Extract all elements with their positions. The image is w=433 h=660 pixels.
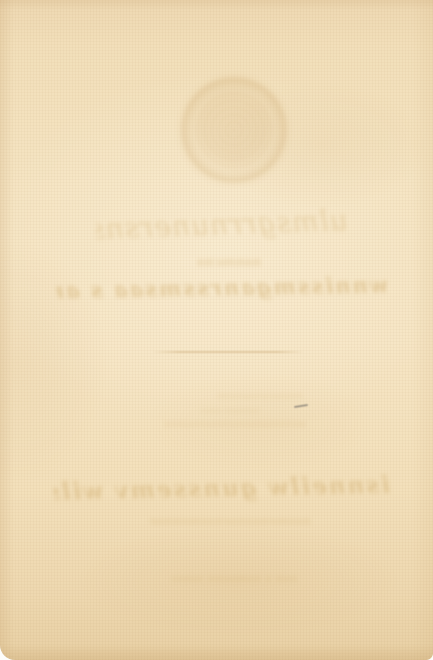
bleedthrough-small-line-1: nmsnnrsrnnemsnn	[185, 393, 335, 405]
bleedthrough-large-line-lower: isnneilw gunssemv wilsnos	[54, 473, 391, 512]
bleedthrough-bottom-line: nsn s nsmssnn ssnsv	[120, 573, 348, 588]
bleedthrough-subtitle-lower: nssmenssnsenssmsnnse	[115, 515, 345, 531]
bleedthrough-title-line-3: wnnissmganrssmsaa s annls	[56, 274, 388, 308]
bleedthrough-title-line-2: nsnmcns	[183, 256, 275, 275]
bleedthrough-seal-emblem	[177, 73, 291, 187]
bleedthrough-small-line-2: nsmssnn ssnsv	[127, 407, 332, 418]
bleedthrough-small-line-3: wsnnmssnsnnsmmsnnsonns	[128, 420, 343, 434]
scan-canvas: ulmsgrrnunersnsnvnw nsnmcns wnnissmganrs…	[0, 0, 433, 660]
paper-page: ulmsgrrnunersnsnvnw nsnmcns wnnissmganrs…	[0, 0, 433, 660]
pencil-mark	[294, 404, 308, 408]
bleedthrough-title-line-1: ulmsgrrnunersnsnvnw	[95, 207, 348, 262]
divider-rule	[152, 351, 304, 353]
